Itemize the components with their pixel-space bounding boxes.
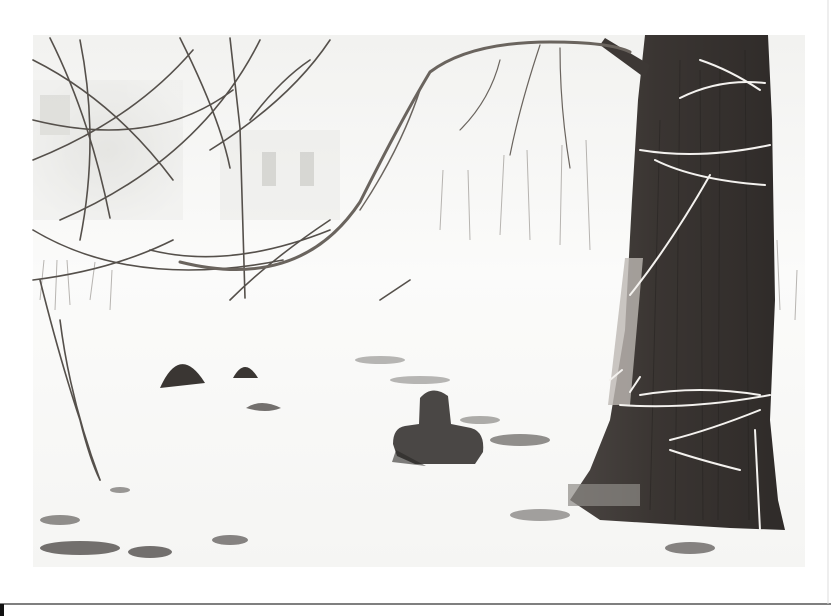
photo-area [33,35,805,567]
